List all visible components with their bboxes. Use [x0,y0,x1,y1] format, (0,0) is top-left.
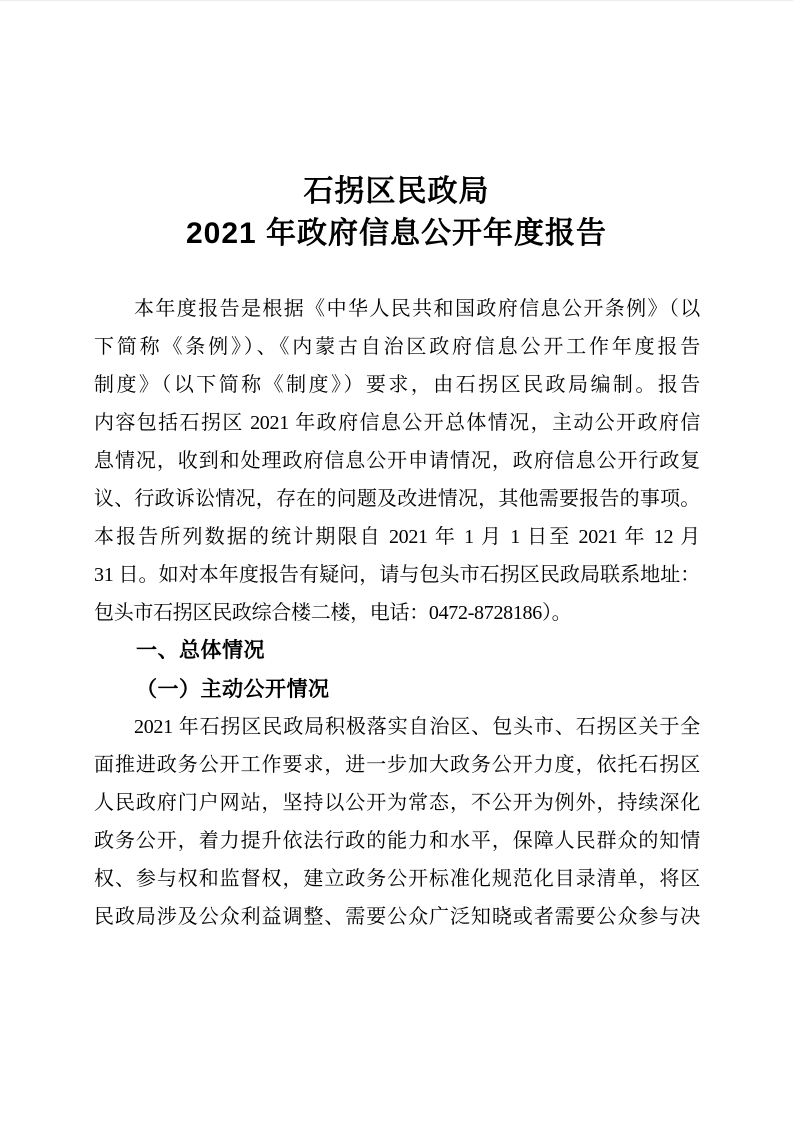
section-heading: 一、总体情况 [94,632,700,670]
subsection-heading: （一）主动公开情况 [94,670,700,708]
paragraph-line: 2021 年石拐区民政局积极落实自治区、包头市、石拐区关于全 [94,708,700,746]
document-title-line-1: 石拐区民政局 [0,171,793,213]
paragraph-line: 31 日。如对本年度报告有疑问，请与包头市石拐区民政局联系地址： [94,556,700,594]
paragraph-line: 包头市石拐区民政综合楼二楼，电话：0472-8728186）。 [94,594,700,632]
paragraph-line: 息情况，收到和处理政府信息公开申请情况，政府信息公开行政复 [94,442,700,480]
paragraph-line: 本年度报告是根据《中华人民共和国政府信息公开条例》（以 [94,290,700,328]
paragraph-line: 人民政府门户网站，坚持以公开为常态，不公开为例外，持续深化 [94,784,700,822]
document-body: 本年度报告是根据《中华人民共和国政府信息公开条例》（以下简称《条例》）、《内蒙古… [94,290,700,936]
paragraph-line: 议、行政诉讼情况，存在的问题及改进情况，其他需要报告的事项。 [94,480,700,518]
paragraph: 2021 年石拐区民政局积极落实自治区、包头市、石拐区关于全面推进政务公开工作要… [94,708,700,936]
document-page: 石拐区民政局 2021 年政府信息公开年度报告 本年度报告是根据《中华人民共和国… [0,0,793,1122]
paragraph-line: 下简称《条例》）、《内蒙古自治区政府信息公开工作年度报告 [94,328,700,366]
paragraph-line: 民政局涉及公众利益调整、需要公众广泛知晓或者需要公众参与决 [94,898,700,936]
document-title-line-2: 2021 年政府信息公开年度报告 [0,213,793,255]
paragraph-line: 面推进政务公开工作要求，进一步加大政务公开力度，依托石拐区 [94,746,700,784]
paragraph: 本年度报告是根据《中华人民共和国政府信息公开条例》（以下简称《条例》）、《内蒙古… [94,290,700,632]
document-title: 石拐区民政局 2021 年政府信息公开年度报告 [0,1,793,255]
paragraph-line: 权、参与权和监督权，建立政务公开标准化规范化目录清单，将区 [94,860,700,898]
paragraph-line: 内容包括石拐区 2021 年政府信息公开总体情况，主动公开政府信 [94,404,700,442]
paragraph-line: 政务公开，着力提升依法行政的能力和水平，保障人民群众的知情 [94,822,700,860]
paragraph-line: 本报告所列数据的统计期限自 2021 年 1 月 1 日至 2021 年 12 … [94,518,700,556]
paragraph-line: 制度》（以下简称《制度》）要求，由石拐区民政局编制。报告 [94,366,700,404]
